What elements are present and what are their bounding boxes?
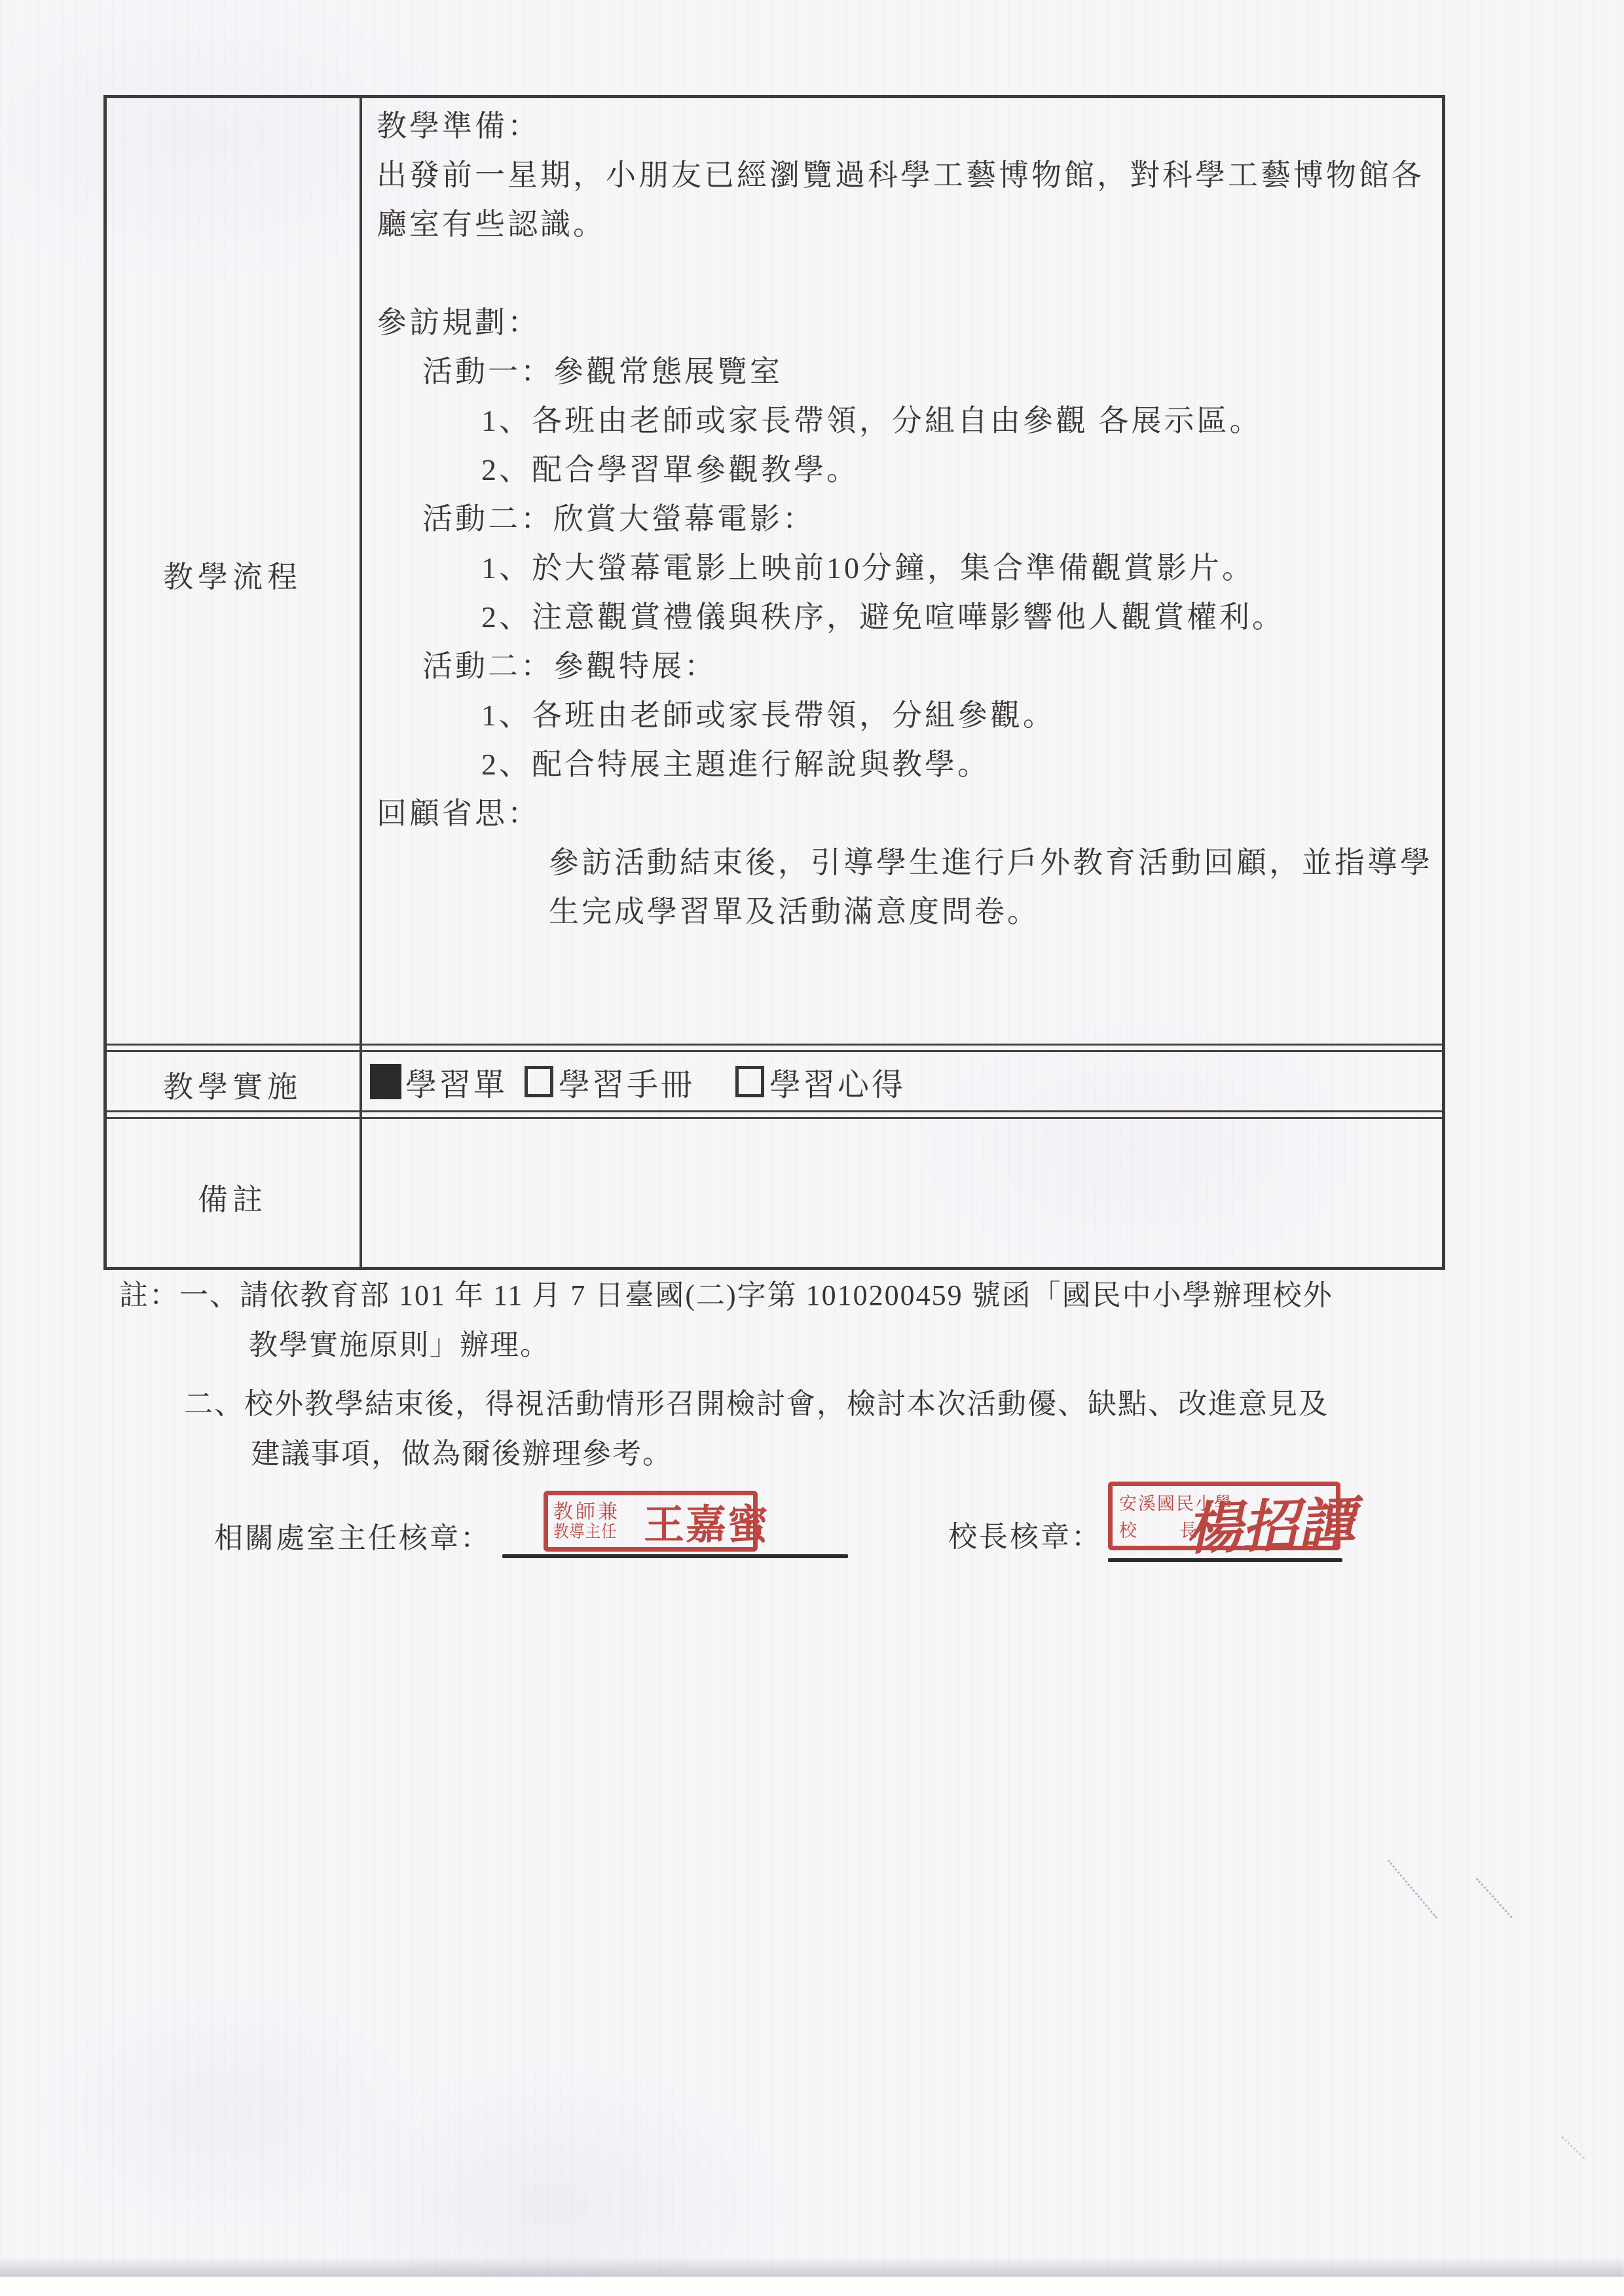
- implementation-options-row: 學習單 學習手冊 學習心得: [370, 1058, 906, 1105]
- principal-stamp-title-left: 校: [1119, 1516, 1137, 1542]
- checkbox-empty-icon: [735, 1066, 764, 1097]
- flow-line: 出發前一星期，小朋友已經瀏覽過科學工藝博物館，對科學工藝博物館各: [377, 154, 1424, 197]
- flow-line: 參訪活動結束後，引導學生進行戶外教育活動回顧，並指導學: [549, 841, 1433, 884]
- note-line: 教學實施原則」辦理。: [249, 1326, 550, 1365]
- director-approval-label: 相關處室主任核章：: [214, 1520, 491, 1557]
- flow-line: 廳室有些認識。: [377, 203, 606, 246]
- checkbox-empty-icon: [525, 1066, 553, 1097]
- principal-stamp: 安溪國民小學 校 長 楊招譚: [1108, 1482, 1340, 1550]
- flow-line: 參訪規劃：: [377, 301, 540, 344]
- director-signature-line: [502, 1554, 848, 1558]
- row-label-teaching-process: 教學流程: [163, 553, 302, 596]
- director-stamp-title-line1: 教師兼: [553, 1502, 644, 1523]
- flow-line: 回顧省思：: [377, 792, 540, 835]
- flow-line: 活動二：參觀特展：: [422, 645, 717, 688]
- note-line: 二、校外教學結束後，得視活動情形召開檢討會，檢討本次活動優、缺點、改進意見及: [184, 1385, 1329, 1424]
- principal-stamp-name: 楊招譚: [1184, 1478, 1356, 1565]
- flow-line: 2、注意觀賞禮儀與秩序，避免喧嘩影響他人觀賞權利。: [481, 596, 1285, 639]
- pencil-mark: [1476, 1878, 1513, 1918]
- director-stamp-title-line2: 教導主任: [553, 1523, 635, 1540]
- scan-edge-white-strip: [0, 2277, 1624, 2296]
- implementation-option-label: 學習心得: [769, 1059, 906, 1104]
- table-row-separator-1: [107, 1044, 1442, 1052]
- scan-edge-shadow: [0, 2257, 1624, 2277]
- flow-line: 活動二：欣賞大螢幕電影：: [422, 498, 815, 541]
- director-stamp: 教師兼 教導主任 王嘉蜜: [544, 1491, 758, 1552]
- pencil-mark: [1561, 2136, 1585, 2159]
- table-row-separator-2: [107, 1110, 1442, 1119]
- row-label-teaching-implementation: 教學實施: [163, 1063, 302, 1106]
- implementation-option-label: 學習單: [405, 1059, 507, 1104]
- note-line: 註：一、請依教育部 101 年 11 月 7 日臺國(二)字第 10102004…: [119, 1276, 1333, 1315]
- flow-line: 1、於大螢幕電影上映前10分鐘，集合準備觀賞影片。: [481, 547, 1255, 590]
- director-stamp-name: 王嘉蜜: [644, 1492, 773, 1550]
- pencil-mark: [1388, 1860, 1437, 1919]
- flow-line: 2、配合學習單參觀教學。: [481, 448, 859, 492]
- flow-line: 活動一：參觀常態展覽室: [422, 350, 783, 393]
- flow-line: 1、各班由老師或家長帶領，分組自由參觀 各展示區。: [481, 399, 1263, 443]
- principal-approval-label: 校長核章：: [948, 1519, 1102, 1556]
- flow-line: 教學準備：: [377, 105, 540, 148]
- flow-line: 2、配合特展主題進行解說與教學。: [481, 743, 990, 786]
- implementation-option-label: 學習手冊: [559, 1059, 695, 1104]
- note-line: 建議事項，做為爾後辦理參考。: [251, 1434, 673, 1474]
- flow-line: 1、各班由老師或家長帶領，分組參觀。: [481, 694, 1056, 737]
- scanned-lesson-plan-page: 教學流程 教學實施 備註 教學準備： 出發前一星期，小朋友已經瀏覽過科學工藝博物…: [0, 0, 1624, 2296]
- table-column-divider: [360, 95, 362, 1270]
- flow-line: 生完成學習單及活動滿意度問卷。: [549, 890, 1040, 934]
- checkbox-filled-icon: [370, 1064, 401, 1099]
- row-label-remarks: 備註: [198, 1176, 267, 1219]
